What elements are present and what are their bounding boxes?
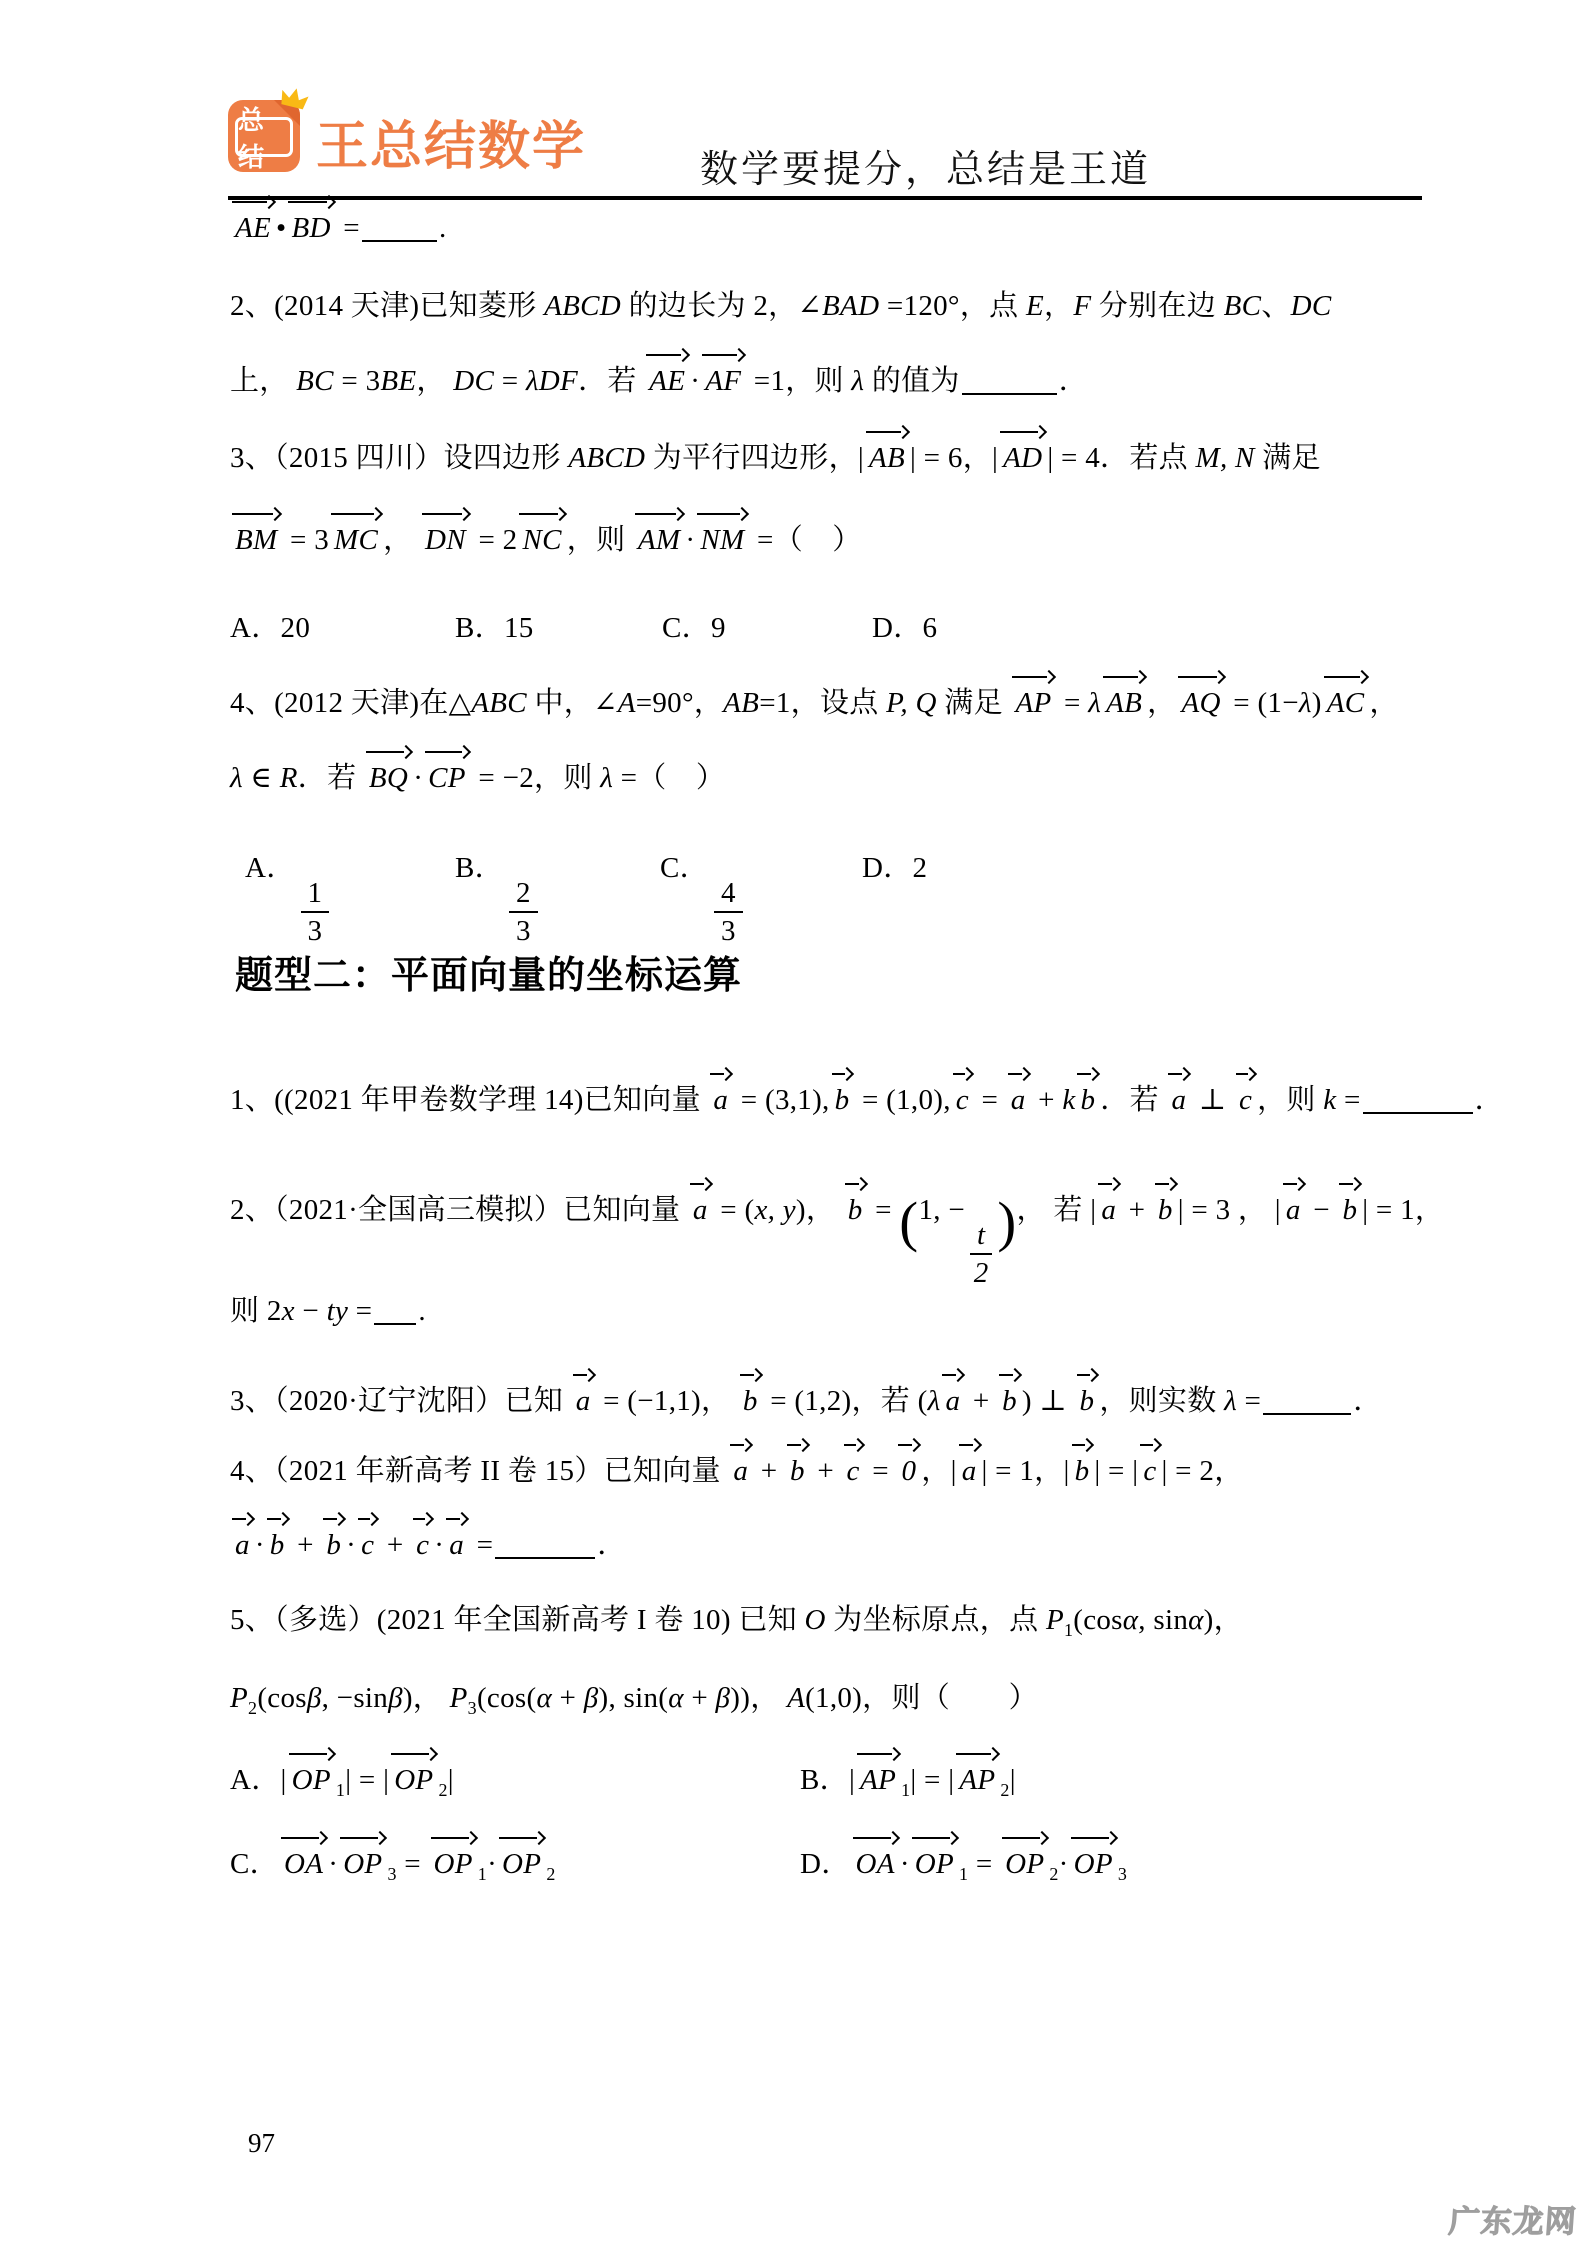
text-run: (cos(: [477, 1682, 536, 1714]
s2-q5-line1: 5、（多选）(2021 年全国新高考 I 卷 10) 已知 O 为坐标原点，点 …: [230, 1602, 1243, 1642]
text-run: ，: [1369, 687, 1398, 719]
vector-af: AF: [700, 363, 746, 401]
math-italic: R: [280, 762, 298, 794]
text-run: ，|: [921, 1455, 956, 1487]
vector-arrow: a: [1283, 1192, 1304, 1230]
text-run: = (: [713, 1194, 755, 1226]
text-run: 的边长为 2，∠: [621, 290, 822, 322]
text-run: = (1−: [1226, 687, 1299, 719]
tagline: 数学要提分，总结是王道: [700, 138, 1151, 193]
fraction-denominator: 3: [721, 913, 736, 946]
vector-arrow: MC: [331, 522, 381, 560]
s2-q4-line2: a·b + b·c + c·a =．: [230, 1527, 627, 1565]
vector-arrow: AC: [1324, 685, 1368, 723]
text-run: ∈: [243, 762, 280, 794]
math-italic: x: [282, 1295, 295, 1327]
logo-title: 王总结数学: [316, 104, 586, 179]
vector-arrow: OP: [912, 1846, 957, 1884]
vector-subscript: 1: [901, 1780, 910, 1800]
vector-arrow: AB: [866, 440, 908, 478]
vector-arrow: AD: [1000, 440, 1045, 478]
vector-ac: AC: [1322, 685, 1370, 723]
text-run: , sin: [1138, 1604, 1188, 1636]
vector-nc: NC: [517, 522, 566, 560]
text-run: ) ⊥: [1022, 1385, 1075, 1417]
fraction: 23: [509, 878, 538, 947]
vector-c: c: [1234, 1082, 1257, 1120]
vector-ab: AB: [864, 440, 910, 478]
q3-option-b: B．15: [455, 610, 534, 648]
vector-op: OP1: [910, 1846, 969, 1886]
math-italic: λ: [928, 1385, 941, 1417]
vector-arrow: AP: [1012, 685, 1054, 723]
math-italic: BAD: [822, 290, 879, 322]
text-run: = (3,1),: [733, 1084, 829, 1116]
vector-arrow: b: [1072, 1453, 1093, 1491]
page-number: 97: [248, 2128, 275, 2159]
vector-arrow: NM: [697, 522, 747, 560]
vector-b: b: [997, 1383, 1022, 1421]
answer-blank: [1363, 1083, 1473, 1114]
text-run: = (1,0),: [854, 1084, 950, 1116]
vector-oa: OA: [279, 1846, 328, 1884]
text-run: ．若: [578, 365, 644, 397]
vector-b: b: [1075, 1082, 1100, 1120]
s2-q5-option-a: A．|OP1| = |OP2|: [230, 1762, 454, 1802]
text-run: ·: [346, 1529, 356, 1561]
vector-a: a: [728, 1453, 753, 1491]
vector-a: a: [230, 1527, 255, 1565]
text-run: ·: [434, 1529, 444, 1561]
text-run: =: [469, 1529, 493, 1561]
text-run: ，则实数: [1099, 1385, 1224, 1417]
q2-line1: 2、(2014 天津)已知菱形 ABCD 的边长为 2，∠BAD =120°，点…: [230, 288, 1332, 326]
text-run: C．: [660, 852, 709, 884]
vector-op: OP2: [497, 1846, 556, 1886]
vector-ap: AP2: [954, 1762, 1009, 1802]
q2-line2: 上， BC = 3BE， DC = λDF．若 AE·AF =1，则 λ 的值为…: [230, 363, 1088, 401]
vector-arrow: a: [1098, 1192, 1119, 1230]
text-run: ，则: [1257, 1084, 1323, 1116]
vector-arrow: AF: [702, 363, 744, 401]
text-run: | = |: [910, 1764, 954, 1796]
text-run: ·: [690, 365, 700, 397]
q3-option-a: A．20: [230, 610, 310, 648]
text-run: =: [1237, 1385, 1261, 1417]
text-run: =: [397, 1848, 429, 1880]
math-italic: λ: [1088, 687, 1101, 719]
logo-badge: 总结: [228, 100, 300, 172]
math-italic: ABCD: [568, 442, 645, 474]
text-run: 1、((2021 年甲卷数学理 14)已知向量: [230, 1084, 708, 1116]
math-italic: ABCD: [544, 290, 621, 322]
text-run: ，: [383, 524, 420, 556]
text-run: +: [1121, 1194, 1153, 1226]
s2-q4-line1: 4、（2021 年新高考 II 卷 15）已知向量 a + b + c = 0，…: [230, 1453, 1244, 1491]
vector-arrow: c: [844, 1453, 863, 1491]
text-run: =: [1056, 687, 1088, 719]
answer-blank: [495, 1528, 595, 1559]
vector-cp: CP: [423, 760, 471, 798]
vector-c: c: [356, 1527, 379, 1565]
math-italic: O: [804, 1604, 825, 1636]
text-run: , −sin: [322, 1682, 389, 1714]
vector-arrow: b: [832, 1082, 853, 1120]
text-run: .: [439, 212, 447, 244]
vector-a: a: [1096, 1192, 1121, 1230]
text-run: ，: [1044, 290, 1073, 322]
vector-am: AM: [633, 522, 685, 560]
text-run: +: [290, 1529, 322, 1561]
vector-nm: NM: [695, 522, 749, 560]
math-italic: F: [1073, 290, 1091, 322]
q1-carryover: AE•BD =.: [230, 210, 447, 248]
text-run: 5、（多选）(2021 年全国新高考 I 卷 10) 已知: [230, 1604, 804, 1636]
answer-blank: [1263, 1384, 1351, 1415]
text-run: 上，: [230, 365, 296, 397]
q3-option-c: C．9: [662, 610, 726, 648]
text-run: =（ ）: [613, 762, 725, 794]
vector-arrow: b: [1077, 1383, 1098, 1421]
text-run: A．20: [230, 612, 310, 644]
text-run: | = 6，|: [910, 442, 998, 474]
fraction-denominator: 2: [974, 1255, 989, 1288]
fraction-numerator: 4: [714, 878, 743, 913]
math-italic: E: [1026, 290, 1044, 322]
text-run: ·: [487, 1848, 497, 1880]
q4-line1: 4、(2012 天津)在△ABC 中，∠A=90°，AB=1，设点 P, Q 满…: [230, 685, 1399, 723]
vector-arrow: OP: [1071, 1846, 1116, 1884]
text-run: )，: [1204, 1604, 1243, 1636]
vector-arrow: a: [446, 1527, 467, 1565]
text-run: +: [965, 1385, 997, 1417]
q3-line2: BM = 3MC， DN = 2NC，则 AM·NM =（ ）: [230, 522, 862, 560]
s2-q3: 3、（2020·辽宁沈阳）已知 a = (−1,1)， b = (1,2)，若 …: [230, 1383, 1383, 1421]
vector-op: OP2: [389, 1762, 448, 1802]
vector-subscript: 2: [1000, 1780, 1009, 1800]
text-run: 满足: [937, 687, 1011, 719]
vector-subscript: 2: [1049, 1864, 1058, 1884]
vector-arrow: AM: [635, 522, 683, 560]
vector-arrow: AE: [646, 363, 688, 401]
vector-arrow: NC: [519, 522, 564, 560]
vector-arrow: c: [413, 1527, 432, 1565]
text-run: −: [1306, 1194, 1338, 1226]
vector-arrow: b: [1339, 1192, 1360, 1230]
text-run: 则 2: [230, 1295, 282, 1327]
logo-badge-text: 总结: [235, 117, 293, 157]
text-run: D．6: [872, 612, 937, 644]
vector-arrow: a: [573, 1383, 594, 1421]
vector-a: a: [444, 1527, 469, 1565]
vector-arrow: BQ: [366, 760, 411, 798]
vector-arrow: b: [323, 1527, 344, 1565]
vector-arrow: a: [959, 1453, 980, 1491]
text-run: 2、（2021·全国高三模拟）已知向量: [230, 1194, 688, 1226]
vector-subscript: 2: [546, 1864, 555, 1884]
vector-b: b: [1070, 1453, 1095, 1491]
vector-arrow: OA: [281, 1846, 326, 1884]
text-run: D．2: [862, 852, 927, 884]
fraction: 13: [301, 878, 330, 947]
vector-b: b: [265, 1527, 290, 1565]
text-run: = 3: [334, 365, 381, 397]
text-run: (cos: [1073, 1604, 1123, 1636]
vector-arrow: b: [787, 1453, 808, 1491]
text-run: B．15: [455, 612, 534, 644]
vector-ad: AD: [998, 440, 1047, 478]
text-run: =120°，点: [879, 290, 1026, 322]
math-italic: BE: [380, 365, 416, 397]
text-run: ): [1312, 687, 1322, 719]
vector-arrow: BM: [232, 522, 280, 560]
vector-op: OP3: [338, 1846, 397, 1886]
subscript: 3: [468, 1698, 477, 1718]
text-run: )，: [403, 1682, 450, 1714]
vector-subscript: 3: [1118, 1864, 1127, 1884]
math-italic: x, y: [754, 1194, 795, 1226]
vector-0: 0: [896, 1453, 921, 1491]
text-run: =1，则: [746, 365, 851, 397]
s2-q5-line2: P2(cosβ, −sinβ)， P3(cos(α + β), sin(α + …: [230, 1680, 1038, 1720]
vector-op: OP1: [287, 1762, 346, 1802]
text-run: ·: [900, 1848, 910, 1880]
text-run: = −2，则: [471, 762, 600, 794]
q3-option-d: D．6: [872, 610, 937, 648]
text-run: =: [968, 1848, 1000, 1880]
text-run: ))，: [730, 1682, 787, 1714]
vector-arrow: c: [1140, 1453, 1159, 1491]
text-run: ·: [255, 1529, 265, 1561]
vector-arrow: AE: [232, 210, 274, 248]
math-italic: β: [584, 1682, 599, 1714]
vector-a: a: [688, 1192, 713, 1230]
text-run: +: [684, 1682, 716, 1714]
vector-ae: AE: [230, 210, 276, 248]
text-run: | = |: [345, 1764, 389, 1796]
text-run: = 3: [282, 524, 329, 556]
math-italic: α: [668, 1682, 684, 1714]
math-italic: BC: [1224, 290, 1262, 322]
vector-arrow: b: [740, 1383, 761, 1421]
text-run: +: [810, 1455, 842, 1487]
vector-aq: AQ: [1176, 685, 1225, 723]
vector-arrow: AB: [1103, 685, 1145, 723]
text-run: C．9: [662, 612, 726, 644]
text-run: ), sin(: [598, 1682, 668, 1714]
text-run: ， 若 |: [1017, 1194, 1097, 1226]
vector-subscript: 1: [478, 1864, 487, 1884]
text-run: ．: [597, 1529, 626, 1561]
subscript: 2: [248, 1698, 257, 1718]
text-run: =: [348, 1295, 372, 1327]
text-run: 3、（2015 四川）设四边形: [230, 442, 568, 474]
text-run: ．: [1475, 1084, 1504, 1116]
vector-subscript: 3: [387, 1864, 396, 1884]
vector-op: OP2: [1000, 1846, 1059, 1886]
fraction-denominator: 3: [308, 913, 323, 946]
q4-line2: λ ∈ R．若 BQ·CP = −2，则 λ =（ ）: [230, 760, 725, 798]
vector-ab: AB: [1101, 685, 1147, 723]
text-run: =: [868, 1194, 900, 1226]
vector-op: OP3: [1069, 1846, 1128, 1886]
text-run: 1, −: [918, 1194, 965, 1226]
math-italic: A: [787, 1682, 805, 1714]
vector-arrow: c: [953, 1082, 972, 1120]
q4-option-c: C．43: [660, 850, 748, 947]
vector-arrow: CP: [425, 760, 469, 798]
math-italic: M, N: [1196, 442, 1255, 474]
big-paren: ): [997, 1191, 1016, 1253]
math-italic: AB: [723, 687, 759, 719]
vector-b: b: [321, 1527, 346, 1565]
vector-arrow: OA: [853, 1846, 898, 1884]
math-italic: P, Q: [886, 687, 937, 719]
vector-subscript: 1: [336, 1780, 345, 1800]
text-run: 3、（2020·辽宁沈阳）已知: [230, 1385, 571, 1417]
vector-arrow: c: [1236, 1082, 1255, 1120]
math-italic: k: [1062, 1084, 1075, 1116]
math-italic: β: [388, 1682, 403, 1714]
vector-arrow: 0: [898, 1453, 919, 1491]
answer-blank: [374, 1294, 416, 1325]
text-run: B．|: [800, 1764, 855, 1796]
text-run: = (−1,1)，: [596, 1385, 738, 1417]
big-paren: (: [899, 1191, 918, 1253]
text-run: +: [1031, 1084, 1063, 1116]
text-run: =: [865, 1455, 897, 1487]
text-run: 中，∠: [527, 687, 618, 719]
text-run: =: [1336, 1084, 1360, 1116]
text-run: | = 1，: [1362, 1194, 1444, 1226]
vector-arrow: BD: [288, 210, 333, 248]
text-run: = (1,2)，若 (: [763, 1385, 928, 1417]
text-run: ，: [416, 365, 453, 397]
text-run: •: [276, 212, 286, 244]
text-run: ．: [1059, 365, 1088, 397]
text-run: | = |: [1094, 1455, 1138, 1487]
vector-arrow: DN: [422, 522, 469, 560]
text-run: | = 1，|: [982, 1455, 1070, 1487]
text-run: |: [1010, 1764, 1016, 1796]
text-run: D．: [800, 1848, 851, 1880]
vector-arrow: a: [690, 1192, 711, 1230]
text-run: (cos: [257, 1682, 307, 1714]
vector-arrow: a: [1168, 1082, 1189, 1120]
vector-b: b: [843, 1192, 868, 1230]
vector-arrow: b: [267, 1527, 288, 1565]
text-run: =: [494, 365, 526, 397]
vector-c: c: [411, 1527, 434, 1565]
text-run: 的值为: [864, 365, 959, 397]
math-italic: P: [1046, 1604, 1064, 1636]
s2-q5-option-b: B．|AP1| = |AP2|: [800, 1762, 1016, 1802]
text-run: C．: [230, 1848, 279, 1880]
fraction-numerator: t: [970, 1220, 992, 1255]
math-italic: λ: [230, 762, 243, 794]
text-run: | = 4．若点: [1047, 442, 1195, 474]
vector-a: a: [1166, 1082, 1191, 1120]
q4-option-d: D．2: [862, 850, 927, 888]
answer-blank: [362, 211, 437, 242]
q4-option-a: A．13: [245, 850, 334, 947]
math-italic: λDF: [526, 365, 578, 397]
math-italic: α: [1188, 1604, 1204, 1636]
vector-bm: BM: [230, 522, 282, 560]
vector-arrow: OP: [289, 1762, 334, 1800]
vector-arrow: a: [730, 1453, 751, 1491]
math-italic: BC: [296, 365, 334, 397]
text-run: 分别在边: [1091, 290, 1223, 322]
text-run: | = 3 ， |: [1178, 1194, 1281, 1226]
answer-blank: [962, 364, 1057, 395]
vector-subscript: 1: [959, 1864, 968, 1884]
vector-arrow: OP: [340, 1846, 385, 1884]
math-italic: A: [618, 687, 636, 719]
vector-a: a: [708, 1082, 733, 1120]
vector-a: a: [1006, 1082, 1031, 1120]
text-run: B．: [455, 852, 504, 884]
vector-c: c: [1138, 1453, 1161, 1491]
math-italic: ty: [327, 1295, 349, 1327]
vector-ae: AE: [644, 363, 690, 401]
fraction-numerator: 2: [509, 878, 538, 913]
vector-arrow: b: [1077, 1082, 1098, 1120]
math-italic: α: [536, 1682, 552, 1714]
text-run: 满足: [1255, 442, 1321, 474]
text-run: ·: [1059, 1848, 1069, 1880]
s2-q5-option-c: C．OA·OP3 = OP1·OP2: [230, 1846, 556, 1886]
math-italic: λ: [1224, 1385, 1237, 1417]
vector-arrow: OP: [391, 1762, 436, 1800]
math-italic: β: [716, 1682, 731, 1714]
text-run: 、: [1261, 290, 1290, 322]
math-italic: ABC: [471, 687, 527, 719]
vector-ap: AP: [1010, 685, 1056, 723]
vector-arrow: a: [942, 1383, 963, 1421]
header-rule: [228, 196, 1422, 200]
text-run: A．: [245, 852, 296, 884]
vector-b: b: [785, 1453, 810, 1491]
vector-arrow: a: [1008, 1082, 1029, 1120]
text-run: .: [418, 1295, 426, 1327]
vector-a: a: [940, 1383, 965, 1421]
math-italic: λ: [600, 762, 613, 794]
vector-arrow: AP: [956, 1762, 998, 1800]
text-run: +: [552, 1682, 584, 1714]
vector-arrow: a: [710, 1082, 731, 1120]
watermark: 广东龙网: [1447, 2196, 1578, 2241]
vector-b: b: [738, 1383, 763, 1421]
text-run: )，: [796, 1194, 843, 1226]
text-run: 题型二：平面向量的坐标运算: [235, 955, 742, 997]
vector-arrow: OP: [431, 1846, 476, 1884]
vector-arrow: c: [358, 1527, 377, 1565]
vector-dn: DN: [420, 522, 471, 560]
text-run: | = 2，: [1162, 1455, 1244, 1487]
fraction: t2: [970, 1220, 992, 1289]
vector-arrow: OP: [499, 1846, 544, 1884]
subscript: 1: [1064, 1620, 1073, 1640]
math-italic: P: [450, 1682, 468, 1714]
vector-ap: AP1: [855, 1762, 910, 1802]
vector-bd: BD: [286, 210, 335, 248]
math-italic: β: [307, 1682, 322, 1714]
text-run: =1，设点: [759, 687, 886, 719]
vector-b: b: [830, 1082, 855, 1120]
text-run: 为平行四边形，|: [645, 442, 864, 474]
text-run: +: [379, 1529, 411, 1561]
